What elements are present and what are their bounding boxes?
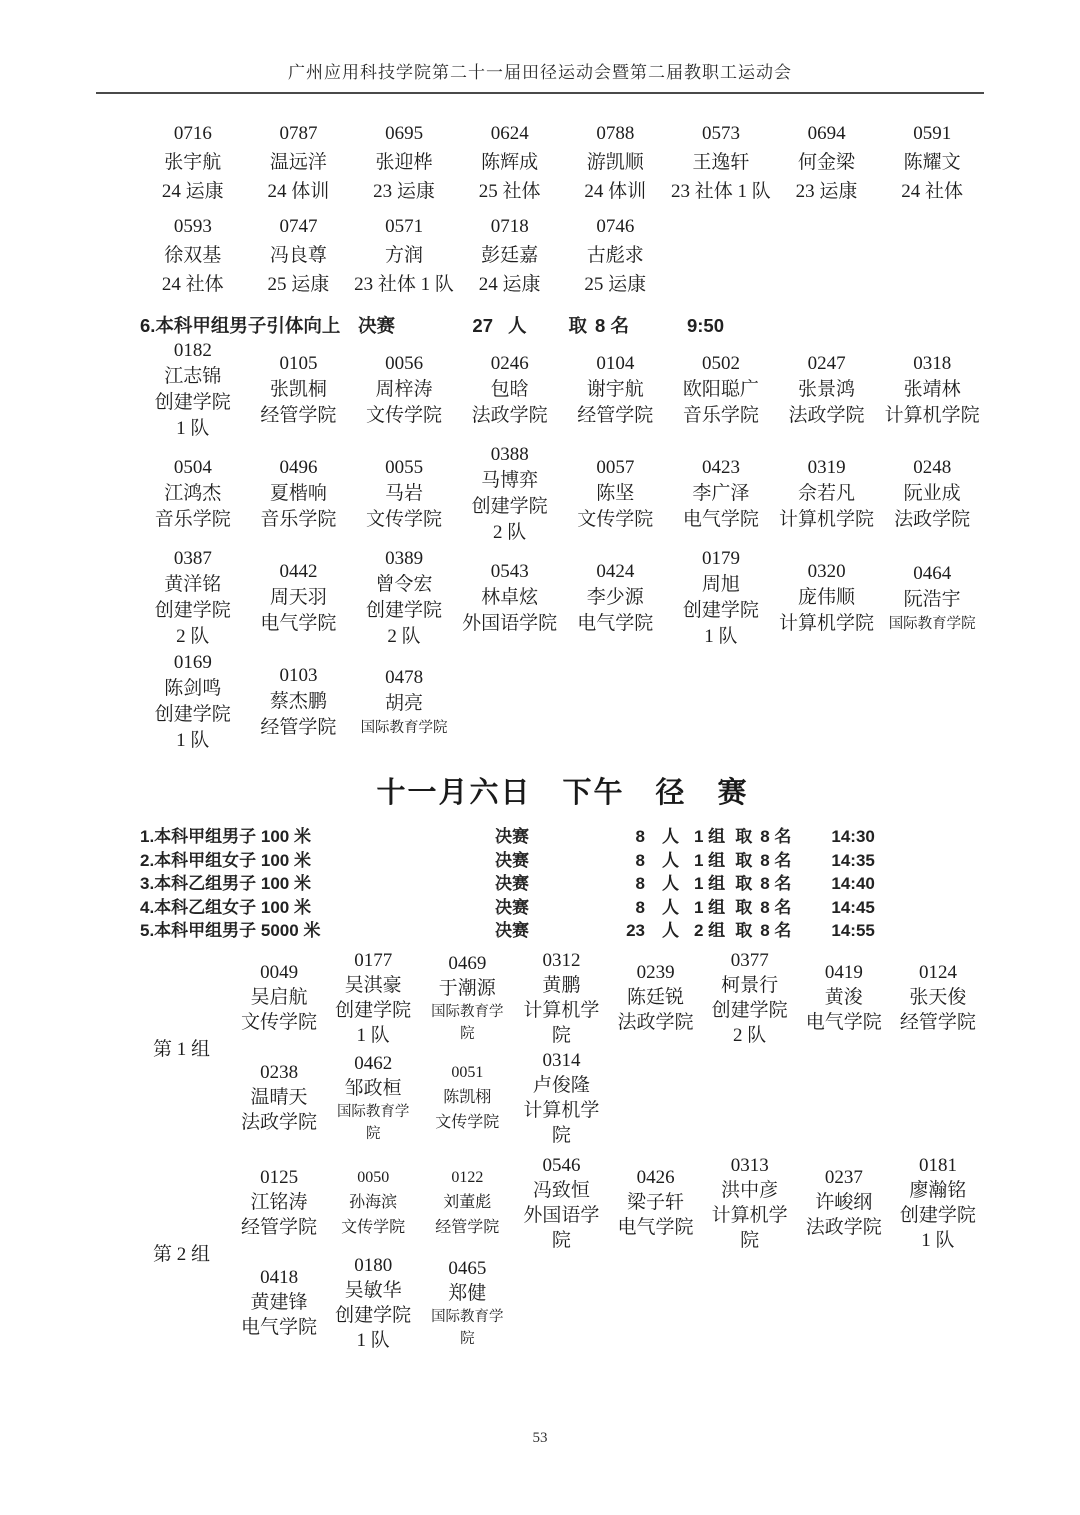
event-count-unit: 人 bbox=[662, 872, 679, 896]
athlete-name: 马博弈 bbox=[481, 468, 538, 494]
event-round: 决赛 bbox=[495, 919, 620, 943]
event-time: 9:50 bbox=[687, 315, 724, 337]
athlete-number: 0050 bbox=[357, 1165, 389, 1190]
athlete-grid-row: 0238温晴天法政学院0462邹政桓国际教育学院0051陈凯栩文传学院0314卢… bbox=[232, 1048, 985, 1148]
athlete-cell: 0469于潮源国际教育学院 bbox=[420, 951, 514, 1045]
athlete-team: 创建学院1 队 bbox=[335, 998, 411, 1048]
athlete-team: 计算机学院 bbox=[703, 1203, 797, 1253]
athlete-cell: 0478胡亮国际教育学院 bbox=[351, 665, 457, 739]
athlete-cell: 0504江鸿杰音乐学院 bbox=[140, 455, 246, 533]
athlete-team: 计算机学院 bbox=[779, 611, 874, 637]
athlete-name: 张景鸿 bbox=[798, 377, 855, 403]
athlete-number: 0182 bbox=[174, 338, 212, 364]
event-time: 14:40 bbox=[831, 872, 874, 896]
athlete-name: 林卓炫 bbox=[481, 585, 538, 611]
athlete-team: 24 运康 bbox=[479, 270, 541, 299]
athlete-team: 经管学院 bbox=[241, 1215, 317, 1240]
athlete-team: 文传学院 bbox=[341, 1215, 405, 1240]
heat-group-grid: 0049吴启航文传学院0177吴淇豪创建学院1 队0469于潮源国际教育学院03… bbox=[232, 948, 985, 1148]
athlete-name: 郑健 bbox=[448, 1281, 486, 1306]
event-take-label: 取 bbox=[735, 919, 752, 943]
event-group-count: 1 组 bbox=[694, 849, 725, 873]
athlete-number: 0179 bbox=[702, 546, 740, 572]
athlete-team: 音乐学院 bbox=[155, 507, 231, 533]
afternoon-event-list: 1.本科甲组男子 100 米决赛8人1 组取8 名14:302.本科甲组女子 1… bbox=[140, 825, 985, 943]
event-time: 14:55 bbox=[831, 919, 874, 943]
athlete-team: 23 社体 1 队 bbox=[671, 177, 771, 206]
athlete-name: 柯景行 bbox=[721, 973, 778, 998]
event-take-count: 8 名 bbox=[760, 919, 791, 943]
athlete-number: 0125 bbox=[260, 1165, 298, 1190]
athlete-team: 国际教育学院 bbox=[431, 1001, 504, 1045]
athlete-team: 经管学院 bbox=[260, 403, 336, 429]
pullup-event-header: 6.本科甲组男子引体向上 决赛 27 人 取 8 名 9:50 bbox=[140, 312, 985, 338]
athlete-number: 0747 bbox=[279, 212, 317, 241]
athlete-number: 0718 bbox=[491, 212, 529, 241]
event-group-count: 1 组 bbox=[694, 872, 725, 896]
event-group-count: 2 组 bbox=[694, 919, 725, 943]
athlete-team: 文传学院 bbox=[241, 1010, 317, 1035]
athlete-name: 冯致恒 bbox=[533, 1178, 590, 1203]
athlete-cell: 0248阮业成法政学院 bbox=[879, 455, 985, 533]
athlete-name: 冯良尊 bbox=[270, 241, 327, 270]
athlete-name: 张靖林 bbox=[904, 377, 961, 403]
athlete-team: 音乐学院 bbox=[260, 507, 336, 533]
athlete-number: 0104 bbox=[596, 351, 634, 377]
athlete-team: 国际教育学院 bbox=[337, 1101, 410, 1145]
athlete-team: 外国语学院 bbox=[514, 1203, 608, 1253]
athlete-number: 0177 bbox=[354, 948, 392, 973]
athlete-team: 电气学院 bbox=[683, 507, 759, 533]
athlete-cell: 0247张景鸿法政学院 bbox=[774, 351, 880, 429]
athlete-cell: 0320庞伟顺计算机学院 bbox=[774, 559, 880, 637]
athlete-name: 吴敏华 bbox=[345, 1278, 402, 1303]
athlete-number: 0419 bbox=[825, 960, 863, 985]
athlete-name: 陈剑鸣 bbox=[164, 676, 221, 702]
event-count-unit: 人 bbox=[662, 849, 679, 873]
athlete-grid-row: 0504江鸿杰音乐学院0496夏楷响音乐学院0055马岩文传学院0388马博弈创… bbox=[140, 442, 985, 546]
event-group-count: 1 组 bbox=[694, 896, 725, 920]
athlete-number: 0377 bbox=[731, 948, 769, 973]
athlete-cell: 0423李广泽电气学院 bbox=[668, 455, 774, 533]
athlete-cell: 0573王逸轩23 社体 1 队 bbox=[668, 119, 774, 206]
event-count: 27 bbox=[468, 315, 493, 337]
athlete-grid-row: 0716张宇航24 运康0787温远洋24 体训0695张迎桦23 运康0624… bbox=[140, 116, 985, 209]
athlete-number: 0502 bbox=[702, 351, 740, 377]
athlete-name: 孙海滨 bbox=[349, 1190, 397, 1215]
athlete-number: 0695 bbox=[385, 119, 423, 148]
athlete-grid-row: 0387黄洋铭创建学院2 队0442周天羽电气学院0389曾令宏创建学院2 队0… bbox=[140, 546, 985, 650]
athlete-number: 0464 bbox=[913, 561, 951, 587]
athlete-team: 创建学院2 队 bbox=[712, 998, 788, 1048]
athlete-name: 张迎桦 bbox=[376, 148, 433, 177]
athlete-number: 0181 bbox=[919, 1153, 957, 1178]
athlete-number: 0571 bbox=[385, 212, 423, 241]
athlete-team: 经管学院 bbox=[900, 1010, 976, 1035]
event-time: 14:45 bbox=[831, 896, 874, 920]
athlete-team: 24 运康 bbox=[162, 177, 224, 206]
athlete-name: 黄洋铭 bbox=[164, 572, 221, 598]
athlete-team: 25 社体 bbox=[479, 177, 541, 206]
athlete-team: 23 运康 bbox=[373, 177, 435, 206]
athlete-number: 0591 bbox=[913, 119, 951, 148]
athlete-team: 创建学院1 队 bbox=[155, 702, 231, 754]
athlete-cell: 0694何金梁23 运康 bbox=[774, 119, 880, 206]
athlete-number: 0426 bbox=[637, 1165, 675, 1190]
athlete-cell: 0237许峻纲法政学院 bbox=[797, 1165, 891, 1240]
event-count: 8 bbox=[620, 872, 645, 896]
header-rule bbox=[96, 92, 984, 94]
athlete-name: 黄浚 bbox=[825, 985, 863, 1010]
athlete-number: 0465 bbox=[448, 1256, 486, 1281]
athlete-number: 0237 bbox=[825, 1165, 863, 1190]
athlete-name: 陈辉成 bbox=[481, 148, 538, 177]
event-round: 决赛 bbox=[495, 825, 620, 849]
athlete-name: 夏楷响 bbox=[270, 481, 327, 507]
athlete-team: 文传学院 bbox=[366, 403, 442, 429]
athlete-team: 创建学院2 队 bbox=[472, 494, 548, 546]
athlete-number: 0313 bbox=[731, 1153, 769, 1178]
event-label: 2.本科甲组女子 100 米 bbox=[140, 849, 495, 873]
athlete-name: 阮业成 bbox=[904, 481, 961, 507]
athlete-cell: 0314卢俊隆计算机学院 bbox=[514, 1048, 608, 1148]
athlete-number: 0105 bbox=[279, 351, 317, 377]
athlete-number: 0423 bbox=[702, 455, 740, 481]
athlete-number: 0319 bbox=[808, 455, 846, 481]
athlete-team: 经管学院 bbox=[577, 403, 653, 429]
event-label: 3.本科乙组男子 100 米 bbox=[140, 872, 495, 896]
athlete-name: 刘董彪 bbox=[443, 1190, 491, 1215]
event-take-label: 取 bbox=[735, 825, 752, 849]
heat-groups: 第 1 组0049吴启航文传学院0177吴淇豪创建学院1 队0469于潮源国际教… bbox=[140, 948, 985, 1353]
athlete-name: 李少源 bbox=[587, 585, 644, 611]
athlete-number: 0418 bbox=[260, 1265, 298, 1290]
athlete-team: 25 运康 bbox=[268, 270, 330, 299]
page-number: 53 bbox=[0, 1430, 1080, 1447]
athlete-name: 蔡杰鹏 bbox=[270, 689, 327, 715]
athlete-name: 包晗 bbox=[491, 377, 529, 403]
athlete-number: 0424 bbox=[596, 559, 634, 585]
heat-group-label: 第 1 组 bbox=[140, 948, 232, 1148]
event-schedule-line: 2.本科甲组女子 100 米决赛8人1 组取8 名14:35 bbox=[140, 849, 985, 873]
athlete-team: 文传学院 bbox=[366, 507, 442, 533]
athlete-cell: 0496夏楷响音乐学院 bbox=[246, 455, 352, 533]
event-take-label: 取 bbox=[735, 896, 752, 920]
athlete-team: 电气学院 bbox=[577, 611, 653, 637]
athlete-team: 电气学院 bbox=[618, 1215, 694, 1240]
athlete-name: 黄建锋 bbox=[251, 1290, 308, 1315]
athlete-number: 0312 bbox=[542, 948, 580, 973]
athlete-name: 曾令宏 bbox=[376, 572, 433, 598]
heat-group-grid: 0125江铭涛经管学院0050孙海滨文传学院0122刘董彪经管学院0546冯致恒… bbox=[232, 1153, 985, 1353]
athlete-team: 创建学院2 队 bbox=[366, 598, 442, 650]
athlete-team: 电气学院 bbox=[806, 1010, 882, 1035]
page-content: 0716张宇航24 运康0787温远洋24 体训0695张迎桦23 运康0624… bbox=[140, 116, 985, 1353]
athlete-number: 0055 bbox=[385, 455, 423, 481]
athlete-team: 24 体训 bbox=[268, 177, 330, 206]
athlete-cell: 0180吴敏华创建学院1 队 bbox=[326, 1253, 420, 1353]
athlete-number: 0248 bbox=[913, 455, 951, 481]
athlete-number: 0593 bbox=[174, 212, 212, 241]
athlete-cell: 0462邹政桓国际教育学院 bbox=[326, 1051, 420, 1145]
athlete-team: 文传学院 bbox=[577, 507, 653, 533]
athlete-team: 音乐学院 bbox=[683, 403, 759, 429]
athlete-number: 0469 bbox=[448, 951, 486, 976]
event-schedule-line: 3.本科乙组男子 100 米决赛8人1 组取8 名14:40 bbox=[140, 872, 985, 896]
athlete-number: 0247 bbox=[808, 351, 846, 377]
athlete-cell: 0464阮浩宇国际教育学院 bbox=[879, 561, 985, 635]
athlete-name: 古彪求 bbox=[587, 241, 644, 270]
event-take-count: 8 名 bbox=[760, 825, 791, 849]
athlete-team: 法政学院 bbox=[241, 1110, 317, 1135]
athlete-name: 温晴天 bbox=[251, 1085, 308, 1110]
athlete-cell: 0318张靖林计算机学院 bbox=[879, 351, 985, 429]
athlete-name: 周梓涛 bbox=[376, 377, 433, 403]
athlete-team: 计算机学院 bbox=[779, 507, 874, 533]
athlete-team: 外国语学院 bbox=[462, 611, 557, 637]
athlete-team: 创建学院1 队 bbox=[155, 390, 231, 442]
athlete-name: 洪中彦 bbox=[721, 1178, 778, 1203]
event-count-unit: 人 bbox=[662, 896, 679, 920]
athlete-team: 创建学院1 队 bbox=[900, 1203, 976, 1253]
event-round: 决赛 bbox=[495, 896, 620, 920]
athlete-cell: 0424李少源电气学院 bbox=[563, 559, 669, 637]
athlete-name: 王逸轩 bbox=[692, 148, 749, 177]
event-take-label: 取 bbox=[569, 312, 588, 338]
event-count: 8 bbox=[620, 849, 645, 873]
event-label: 5.本科甲组男子 5000 米 bbox=[140, 919, 495, 943]
athlete-team: 法政学院 bbox=[806, 1215, 882, 1240]
athlete-name: 阮浩宇 bbox=[904, 587, 961, 613]
athlete-team: 计算机学院 bbox=[514, 1098, 608, 1148]
event-take-label: 取 bbox=[735, 849, 752, 873]
athlete-name: 陈耀文 bbox=[904, 148, 961, 177]
athlete-team: 计算机学院 bbox=[514, 998, 608, 1048]
athlete-number: 0238 bbox=[260, 1060, 298, 1085]
event-round: 决赛 bbox=[495, 849, 620, 873]
heat-group-block: 第 1 组0049吴启航文传学院0177吴淇豪创建学院1 队0469于潮源国际教… bbox=[140, 948, 985, 1148]
athlete-number: 0746 bbox=[596, 212, 634, 241]
athlete-team: 24 社体 bbox=[162, 270, 224, 299]
athlete-cell: 0239陈廷锐法政学院 bbox=[609, 960, 703, 1035]
athlete-grid-row: 0125江铭涛经管学院0050孙海滨文传学院0122刘董彪经管学院0546冯致恒… bbox=[232, 1153, 985, 1253]
pullup-athlete-grid: 0182江志锦创建学院1 队0105张凯桐经管学院0056周梓涛文传学院0246… bbox=[140, 338, 985, 754]
athlete-name: 江鸿杰 bbox=[164, 481, 221, 507]
athlete-cell: 0718彭廷嘉24 运康 bbox=[457, 212, 563, 299]
athlete-cell: 0105张凯桐经管学院 bbox=[246, 351, 352, 429]
athlete-cell: 0169陈剑鸣创建学院1 队 bbox=[140, 650, 246, 754]
athlete-number: 0049 bbox=[260, 960, 298, 985]
athlete-cell: 0426梁子轩电气学院 bbox=[609, 1165, 703, 1240]
athlete-name: 陈凯栩 bbox=[443, 1085, 491, 1110]
athlete-cell: 0716张宇航24 运康 bbox=[140, 119, 246, 206]
event-count-unit: 人 bbox=[662, 825, 679, 849]
page-header-title: 广州应用科技学院第二十一届田径运动会暨第二届教职工运动会 bbox=[0, 0, 1080, 83]
athlete-number: 0624 bbox=[491, 119, 529, 148]
athlete-cell: 0465郑健国际教育学院 bbox=[420, 1256, 514, 1350]
athlete-cell: 0319佘若凡计算机学院 bbox=[774, 455, 880, 533]
athlete-number: 0543 bbox=[491, 559, 529, 585]
event-take-count: 8 名 bbox=[595, 312, 629, 338]
athlete-cell: 0593徐双基24 社体 bbox=[140, 212, 246, 299]
athlete-cell: 0051陈凯栩文传学院 bbox=[420, 1060, 514, 1135]
athlete-name: 张宇航 bbox=[164, 148, 221, 177]
athlete-team: 创建学院1 队 bbox=[335, 1303, 411, 1353]
athlete-cell: 0055马岩文传学院 bbox=[351, 455, 457, 533]
athlete-name: 许峻纲 bbox=[815, 1190, 872, 1215]
athlete-number: 0051 bbox=[451, 1060, 483, 1085]
athlete-name: 吴淇豪 bbox=[345, 973, 402, 998]
event-count-unit: 人 bbox=[508, 312, 527, 338]
athlete-name: 黄鹏 bbox=[542, 973, 580, 998]
athlete-number: 0462 bbox=[354, 1051, 392, 1076]
athlete-cell: 0389曾令宏创建学院2 队 bbox=[351, 546, 457, 650]
athlete-name: 卢俊隆 bbox=[533, 1073, 590, 1098]
athlete-team: 创建学院1 队 bbox=[683, 598, 759, 650]
athlete-name: 谢宇航 bbox=[587, 377, 644, 403]
athlete-name: 马岩 bbox=[385, 481, 423, 507]
athlete-cell: 0312黄鹏计算机学院 bbox=[514, 948, 608, 1048]
athlete-cell: 0313洪中彦计算机学院 bbox=[703, 1153, 797, 1253]
heat-group-block: 第 2 组0125江铭涛经管学院0050孙海滨文传学院0122刘董彪经管学院05… bbox=[140, 1153, 985, 1353]
afternoon-section-heading: 十一月六日 下午 径 赛 bbox=[140, 770, 985, 811]
athlete-number: 0788 bbox=[596, 119, 634, 148]
athlete-cell: 0122刘董彪经管学院 bbox=[420, 1165, 514, 1240]
athlete-name: 游凯顺 bbox=[587, 148, 644, 177]
athlete-name: 廖瀚铭 bbox=[909, 1178, 966, 1203]
athlete-number: 0388 bbox=[491, 442, 529, 468]
athlete-number: 0546 bbox=[542, 1153, 580, 1178]
athlete-number: 0180 bbox=[354, 1253, 392, 1278]
athlete-number: 0124 bbox=[919, 960, 957, 985]
athlete-cell: 0502欧阳聪广音乐学院 bbox=[668, 351, 774, 429]
athlete-number: 0320 bbox=[808, 559, 846, 585]
event-label: 4.本科乙组女子 100 米 bbox=[140, 896, 495, 920]
athlete-cell: 0238温晴天法政学院 bbox=[232, 1060, 326, 1135]
athlete-cell: 0124张天俊经管学院 bbox=[891, 960, 985, 1035]
athlete-cell: 0571方润23 社体 1 队 bbox=[351, 212, 457, 299]
athlete-number: 0246 bbox=[491, 351, 529, 377]
event-time: 14:35 bbox=[831, 849, 874, 873]
athlete-cell: 0543林卓炫外国语学院 bbox=[457, 559, 563, 637]
athlete-cell: 0591陈耀文24 社体 bbox=[879, 119, 985, 206]
athlete-cell: 0103蔡杰鹏经管学院 bbox=[246, 663, 352, 741]
athlete-team: 文传学院 bbox=[435, 1110, 499, 1135]
athlete-cell: 0056周梓涛文传学院 bbox=[351, 351, 457, 429]
athlete-cell: 0179周旭创建学院1 队 bbox=[668, 546, 774, 650]
athlete-team: 法政学院 bbox=[894, 507, 970, 533]
athlete-number: 0694 bbox=[808, 119, 846, 148]
athlete-name: 温远洋 bbox=[270, 148, 327, 177]
athlete-cell: 0418黄建锋电气学院 bbox=[232, 1265, 326, 1340]
event-count: 8 bbox=[620, 825, 645, 849]
event-round: 决赛 bbox=[358, 312, 468, 338]
athlete-cell: 0695张迎桦23 运康 bbox=[351, 119, 457, 206]
athlete-team: 24 社体 bbox=[901, 177, 963, 206]
athlete-name: 庞伟顺 bbox=[798, 585, 855, 611]
athlete-cell: 0104谢宇航经管学院 bbox=[563, 351, 669, 429]
athlete-cell: 0246包晗法政学院 bbox=[457, 351, 563, 429]
athlete-number: 0122 bbox=[451, 1165, 483, 1190]
event-count: 8 bbox=[620, 896, 645, 920]
athlete-name: 梁子轩 bbox=[627, 1190, 684, 1215]
athlete-number: 0318 bbox=[913, 351, 951, 377]
event-take-label: 取 bbox=[735, 872, 752, 896]
athlete-grid-row: 0169陈剑鸣创建学院1 队0103蔡杰鹏经管学院0478胡亮国际教育学院 bbox=[140, 650, 985, 754]
athlete-cell: 0050孙海滨文传学院 bbox=[326, 1165, 420, 1240]
athlete-cell: 0388马博弈创建学院2 队 bbox=[457, 442, 563, 546]
athlete-cell: 0747冯良尊25 运康 bbox=[246, 212, 352, 299]
athlete-number: 0716 bbox=[174, 119, 212, 148]
athlete-number: 0169 bbox=[174, 650, 212, 676]
athlete-number: 0239 bbox=[637, 960, 675, 985]
athlete-team: 创建学院2 队 bbox=[155, 598, 231, 650]
athlete-name: 张凯桐 bbox=[270, 377, 327, 403]
athlete-team: 国际教育学院 bbox=[361, 717, 448, 739]
event-take-count: 8 名 bbox=[760, 896, 791, 920]
athlete-number: 0314 bbox=[542, 1048, 580, 1073]
athlete-name: 周天羽 bbox=[270, 585, 327, 611]
athlete-name: 江志锦 bbox=[164, 364, 221, 390]
athlete-grid-row: 0182江志锦创建学院1 队0105张凯桐经管学院0056周梓涛文传学院0246… bbox=[140, 338, 985, 442]
athlete-name: 何金梁 bbox=[798, 148, 855, 177]
athlete-team: 国际教育学院 bbox=[431, 1306, 504, 1350]
athlete-name: 胡亮 bbox=[385, 691, 423, 717]
athlete-cell: 0181廖瀚铭创建学院1 队 bbox=[891, 1153, 985, 1253]
heat-group-label: 第 2 组 bbox=[140, 1153, 232, 1353]
event-schedule-line: 5.本科甲组男子 5000 米决赛23人2 组取8 名14:55 bbox=[140, 919, 985, 943]
event-label: 1.本科甲组男子 100 米 bbox=[140, 825, 495, 849]
athlete-number: 0387 bbox=[174, 546, 212, 572]
athlete-name: 江铭涛 bbox=[251, 1190, 308, 1215]
athlete-cell: 0746古彪求25 运康 bbox=[563, 212, 669, 299]
athlete-number: 0504 bbox=[174, 455, 212, 481]
athlete-name: 陈廷锐 bbox=[627, 985, 684, 1010]
event-schedule-line: 4.本科乙组女子 100 米决赛8人1 组取8 名14:45 bbox=[140, 896, 985, 920]
athlete-cell: 0177吴淇豪创建学院1 队 bbox=[326, 948, 420, 1048]
athlete-grid-row: 0593徐双基24 社体0747冯良尊25 运康0571方润23 社体 1 队0… bbox=[140, 209, 985, 302]
athlete-team: 23 运康 bbox=[796, 177, 858, 206]
athlete-name: 吴启航 bbox=[251, 985, 308, 1010]
athlete-cell: 0788游凯顺24 体训 bbox=[563, 119, 669, 206]
athlete-number: 0787 bbox=[279, 119, 317, 148]
athlete-team: 法政学院 bbox=[472, 403, 548, 429]
athlete-cell: 0057陈坚文传学院 bbox=[563, 455, 669, 533]
athlete-team: 24 体训 bbox=[584, 177, 646, 206]
athlete-name: 徐双基 bbox=[164, 241, 221, 270]
athlete-name: 彭廷嘉 bbox=[481, 241, 538, 270]
athlete-number: 0496 bbox=[279, 455, 317, 481]
athlete-team: 电气学院 bbox=[241, 1315, 317, 1340]
athlete-number: 0103 bbox=[279, 663, 317, 689]
athlete-number: 0056 bbox=[385, 351, 423, 377]
athlete-cell: 0182江志锦创建学院1 队 bbox=[140, 338, 246, 442]
carryover-athlete-grid: 0716张宇航24 运康0787温远洋24 体训0695张迎桦23 运康0624… bbox=[140, 116, 985, 302]
athlete-team: 国际教育学院 bbox=[889, 613, 976, 635]
athlete-cell: 0787温远洋24 体训 bbox=[246, 119, 352, 206]
event-count-unit: 人 bbox=[662, 919, 679, 943]
event-take-count: 8 名 bbox=[760, 872, 791, 896]
athlete-cell: 0377柯景行创建学院2 队 bbox=[703, 948, 797, 1048]
athlete-cell: 0419黄浚电气学院 bbox=[797, 960, 891, 1035]
athlete-name: 张天俊 bbox=[909, 985, 966, 1010]
athlete-name: 周旭 bbox=[702, 572, 740, 598]
athlete-number: 0573 bbox=[702, 119, 740, 148]
event-group-count: 1 组 bbox=[694, 825, 725, 849]
athlete-team: 25 运康 bbox=[584, 270, 646, 299]
athlete-team: 法政学院 bbox=[789, 403, 865, 429]
athlete-team: 电气学院 bbox=[260, 611, 336, 637]
